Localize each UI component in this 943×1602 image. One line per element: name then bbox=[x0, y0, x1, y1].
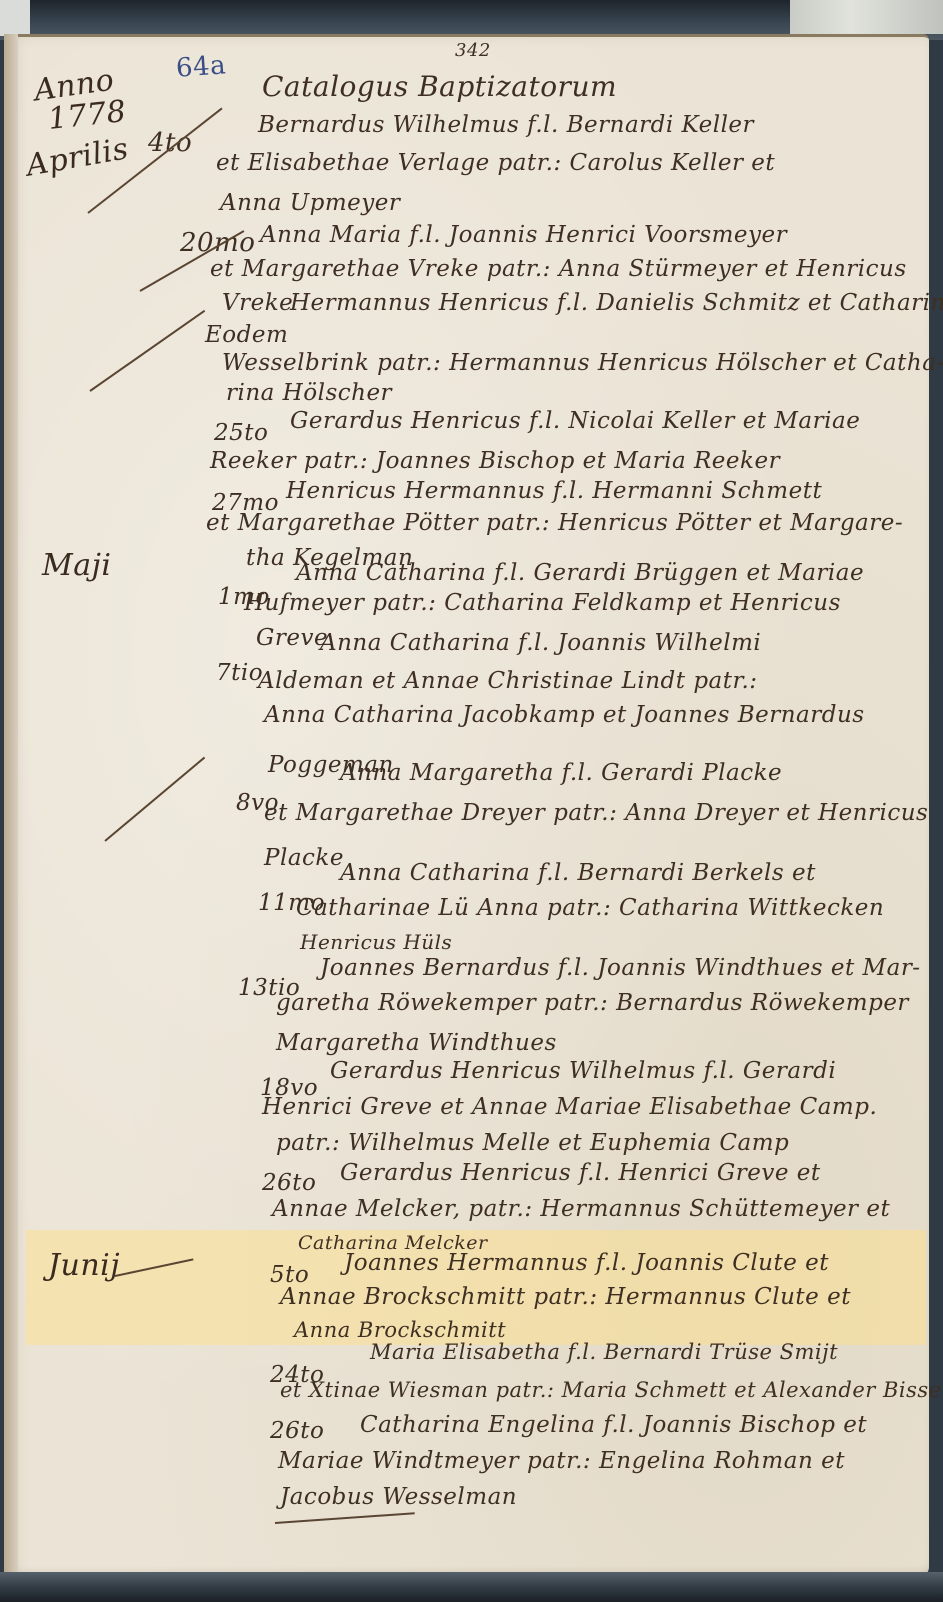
entry-line: Gerardus Henricus f.l. Henrici Greve et bbox=[340, 1160, 821, 1186]
page-mark: 342 bbox=[455, 40, 491, 61]
entry-line: Placke bbox=[264, 845, 344, 871]
folio-number: 64a bbox=[175, 50, 227, 83]
entry-line: Gerardus Henricus Wilhelmus f.l. Gerardi bbox=[330, 1058, 836, 1084]
entry-line: Anna Catharina Jacobkamp et Joannes Bern… bbox=[264, 702, 865, 728]
entry-line: Anna Maria f.l. Joannis Henrici Voorsmey… bbox=[260, 222, 787, 248]
entry-line: Anna Brockschmitt bbox=[294, 1318, 506, 1342]
page-title: Catalogus Baptizatorum bbox=[262, 70, 617, 103]
entry-day: 26to bbox=[270, 1418, 324, 1444]
binding-flap-right bbox=[790, 0, 943, 34]
binding-flap-left bbox=[0, 0, 30, 36]
margin-month-junij: Junij bbox=[48, 1248, 120, 1283]
entry-line: Annae Melcker, patr.: Hermannus Schüttem… bbox=[272, 1196, 890, 1222]
entry-line: Hermannus Henricus f.l. Danielis Schmitz… bbox=[290, 290, 943, 316]
entry-line: et Xtinae Wiesman patr.: Maria Schmett e… bbox=[280, 1378, 942, 1402]
entry-day: 25to bbox=[214, 420, 268, 446]
entry-line: Anna Catharina f.l. Bernardi Berkels et bbox=[340, 860, 816, 886]
book-binding-bottom bbox=[0, 1572, 943, 1602]
entry-line: patr.: Wilhelmus Melle et Euphemia Camp bbox=[276, 1130, 789, 1156]
entry-line: Henricus Hüls bbox=[300, 930, 452, 954]
entry-day: 4to bbox=[148, 128, 192, 158]
entry-line: et Margarethae Vreke patr.: Anna Stürmey… bbox=[210, 256, 907, 282]
entry-line: Gerardus Henricus f.l. Nicolai Keller et… bbox=[290, 408, 860, 434]
entry-line: Greve bbox=[256, 625, 328, 651]
entry-line: Catharinae Lü Anna patr.: Catharina Witt… bbox=[296, 895, 884, 921]
entry-day: 20mo bbox=[180, 228, 255, 258]
margin-month-maji: Maji bbox=[42, 548, 112, 583]
entry-line: Anna Catharina f.l. Joannis Wilhelmi bbox=[320, 630, 761, 656]
entry-line: Wesselbrink patr.: Hermannus Henricus Hö… bbox=[222, 350, 943, 376]
entry-line: rina Hölscher bbox=[226, 380, 392, 406]
entry-line: Anna Catharina f.l. Gerardi Brüggen et M… bbox=[296, 560, 864, 586]
entry-day: 7tio bbox=[216, 660, 263, 686]
entry-line: Catharina Engelina f.l. Joannis Bischop … bbox=[360, 1412, 867, 1438]
entry-line: Anna Margaretha f.l. Gerardi Placke bbox=[340, 760, 782, 786]
entry-line: Bernardus Wilhelmus f.l. Bernardi Keller bbox=[258, 112, 754, 138]
entry-line: Anna Upmeyer bbox=[220, 190, 400, 216]
entry-line: Reeker patr.: Joannes Bischop et Maria R… bbox=[210, 448, 780, 474]
entry-line: Annae Brockschmitt patr.: Hermannus Clut… bbox=[280, 1284, 851, 1310]
entry-line: garetha Röwekemper patr.: Bernardus Röwe… bbox=[276, 990, 909, 1016]
entry-line: Henricus Hermannus f.l. Hermanni Schmett bbox=[286, 478, 822, 504]
entry-line: et Elisabethae Verlage patr.: Carolus Ke… bbox=[216, 150, 775, 176]
page-gutter bbox=[4, 34, 18, 1574]
entry-line: Jacobus Wesselman bbox=[280, 1484, 517, 1510]
entry-line: Margaretha Windthues bbox=[276, 1030, 557, 1056]
entry-line: Joannes Bernardus f.l. Joannis Windthues… bbox=[320, 955, 921, 981]
entry-day: 26to bbox=[262, 1170, 316, 1196]
entry-line: Mariae Windtmeyer patr.: Engelina Rohman… bbox=[278, 1448, 845, 1474]
entry-line: Aldeman et Annae Christinae Lindt patr.: bbox=[258, 668, 758, 694]
entry-line: Henrici Greve et Annae Mariae Elisabetha… bbox=[262, 1094, 877, 1120]
entry-line: et Margarethae Pötter patr.: Henricus Pö… bbox=[206, 510, 903, 536]
entry-line: Joannes Hermannus f.l. Joannis Clute et bbox=[344, 1250, 829, 1276]
entry-day: Eodem bbox=[205, 322, 288, 348]
entry-line: et Margarethae Dreyer patr.: Anna Dreyer… bbox=[264, 800, 928, 826]
entry-line: Hufmeyer patr.: Catharina Feldkamp et He… bbox=[244, 590, 841, 616]
entry-line: Vreke bbox=[222, 290, 293, 316]
entry-line: Maria Elisabetha f.l. Bernardi Trüse Smi… bbox=[370, 1340, 838, 1364]
